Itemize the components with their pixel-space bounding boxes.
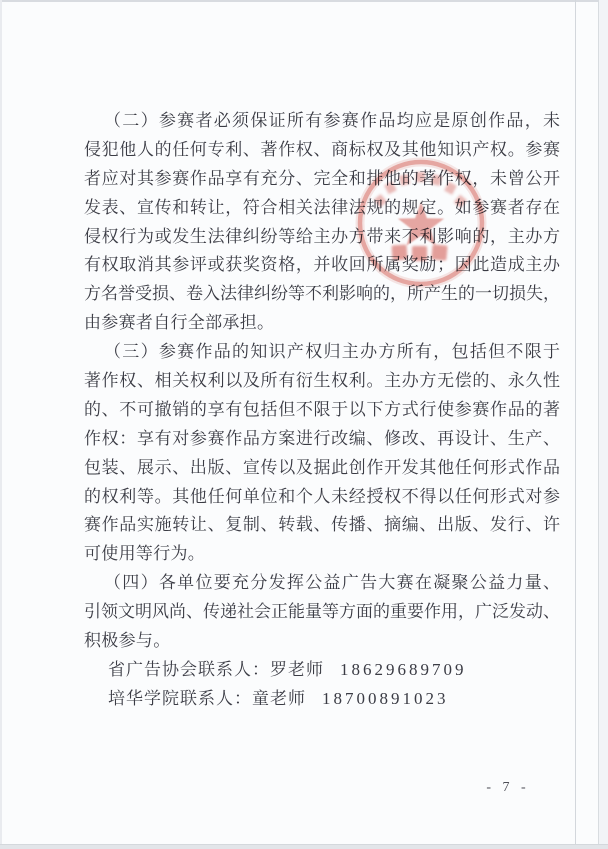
- doc-line: 由参赛者自行全部承担。: [84, 309, 560, 338]
- contact-label: 省广告协会联系人：罗老师: [108, 660, 324, 679]
- contact-phone: 18629689709: [340, 660, 467, 679]
- doc-line: 著作权、相关权利以及所有衍生权利。主办方无偿的、永久性: [84, 367, 560, 396]
- doc-line: （二）参赛者必须保证所有参赛作品均应是原创作品，未: [84, 107, 560, 136]
- page-edge-right-outer: [598, 0, 599, 849]
- doc-line: 可使用等行为。: [84, 540, 560, 569]
- page-edge-bottom-line: [0, 844, 608, 845]
- doc-line: 作权：享有对参赛作品方案进行改编、修改、再设计、生产、: [84, 425, 560, 454]
- page-edge-right-inner: [575, 0, 576, 849]
- doc-line: 的权利等。其他任何单位和个人未经授权不得以任何形式对参: [84, 483, 560, 512]
- doc-line: 引领文明风尚、传递社会正能量等方面的重要作用，广泛发动、: [84, 598, 560, 627]
- page-number: - 7 -: [458, 780, 558, 796]
- doc-line: 侵犯他人的任何专利、著作权、商标权及其他知识产权。参赛: [84, 136, 560, 165]
- page-edge-left: [0, 0, 2, 849]
- doc-line: 方名誉受损、卷入法律纠纷等不利影响的，所产生的一切损失，: [84, 280, 560, 309]
- doc-line: 有权取消其参评或获奖资格，并收回所属奖励；因此造成主办: [84, 251, 560, 280]
- page-edge-top: [0, 0, 608, 2]
- doc-line: 的、不可撤销的享有包括但不限于以下方式行使参赛作品的著: [84, 396, 560, 425]
- doc-line: 积极参与。: [84, 627, 560, 656]
- doc-line: （四）各单位要充分发挥公益广告大赛在凝聚公益力量、: [84, 569, 560, 598]
- doc-line: 赛作品实施转让、复制、转载、传播、摘编、出版、发行、许: [84, 511, 560, 540]
- doc-line: 发表、宣传和转让，符合相关法律法规的规定。如参赛者存在: [84, 194, 560, 223]
- contact-line: 省广告协会联系人：罗老师18629689709: [84, 656, 560, 685]
- doc-line: 者应对其参赛作品享有充分、完全和排他的著作权，未曾公开: [84, 165, 560, 194]
- contact-phone: 18700891023: [322, 689, 449, 708]
- doc-line: （三）参赛作品的知识产权归主办方所有，包括但不限于: [84, 338, 560, 367]
- doc-line: 侵权行为或发生法律纠纷等给主办方带来不利影响的，主办方: [84, 223, 560, 252]
- page-margin-right: [599, 0, 608, 849]
- contact-label: 培华学院联系人：童老师: [108, 689, 306, 708]
- document-text: （二）参赛者必须保证所有参赛作品均应是原创作品，未 侵犯他人的任何专利、著作权、…: [84, 107, 560, 714]
- page-edge-bottom: [0, 845, 608, 849]
- scanned-document-page: （二）参赛者必须保证所有参赛作品均应是原创作品，未 侵犯他人的任何专利、著作权、…: [0, 0, 608, 849]
- contact-line: 培华学院联系人：童老师18700891023: [84, 685, 560, 714]
- doc-line: 包装、展示、出版、宣传以及据此创作开发其他任何形式作品: [84, 454, 560, 483]
